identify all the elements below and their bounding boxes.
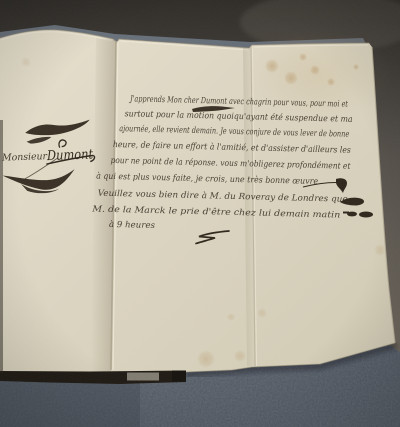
scene: Monsieur Dumont J'apprends Mon cher Dumo… [0, 0, 400, 427]
photo: Monsieur Dumont J'apprends Mon cher Dumo… [0, 0, 400, 427]
photo-grain [0, 0, 400, 427]
